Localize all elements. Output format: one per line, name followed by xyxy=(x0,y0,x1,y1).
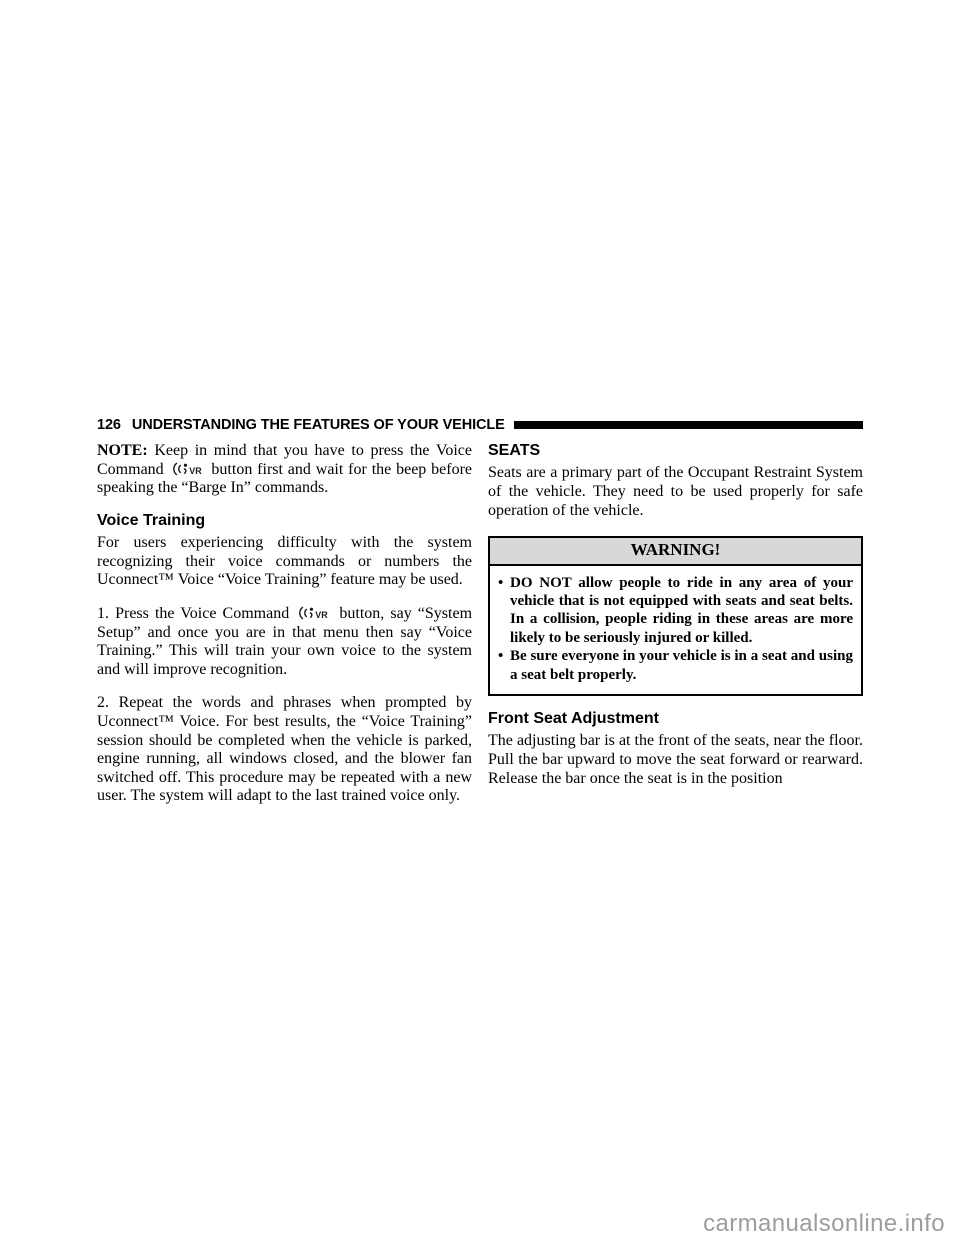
warning-box: WARNING! • DO NOT allow people to ride i… xyxy=(488,536,863,696)
seats-intro: Seats are a primary part of the Occupant… xyxy=(488,464,863,520)
page-number: 126 xyxy=(97,417,121,433)
voice-training-intro: For users experiencing difficulty with t… xyxy=(97,534,472,590)
voice-training-step-1: 1. Press the Voice Command VR button, sa… xyxy=(97,605,472,679)
voice-training-step-2: 2. Repeat the words and phrases when pro… xyxy=(97,694,472,806)
watermark: carmanualsonline.info xyxy=(703,1210,945,1238)
note-paragraph: NOTE: Keep in mind that you have to pres… xyxy=(97,442,472,498)
bullet-marker: • xyxy=(495,574,510,648)
page-content: 126 UNDERSTANDING THE FEATURES OF YOUR V… xyxy=(97,417,863,806)
page-header: 126 UNDERSTANDING THE FEATURES OF YOUR V… xyxy=(97,417,863,433)
voice-command-icon-vr-text: VR xyxy=(316,610,329,620)
note-label: NOTE: xyxy=(97,442,148,459)
two-column-layout: NOTE: Keep in mind that you have to pres… xyxy=(97,442,863,806)
bullet-marker: • xyxy=(495,647,510,684)
warning-title: WARNING! xyxy=(490,538,861,565)
warning-bullet-text: Be sure everyone in your vehicle is in a… xyxy=(510,647,853,684)
seats-heading: SEATS xyxy=(488,442,863,460)
warning-bullet: • Be sure everyone in your vehicle is in… xyxy=(495,647,853,684)
warning-bullet: • DO NOT allow people to ride in any are… xyxy=(495,574,853,648)
voice-command-icon: VR xyxy=(171,461,205,477)
header-title: UNDERSTANDING THE FEATURES OF YOUR VEHIC… xyxy=(132,417,505,433)
step1-text-before-icon: 1. Press the Voice Command xyxy=(97,605,289,622)
warning-body: • DO NOT allow people to ride in any are… xyxy=(490,566,861,694)
front-seat-adjustment-heading: Front Seat Adjustment xyxy=(488,710,863,728)
voice-command-icon-vr-text: VR xyxy=(189,466,202,476)
manual-page: 126 UNDERSTANDING THE FEATURES OF YOUR V… xyxy=(0,0,960,1242)
right-column: SEATS Seats are a primary part of the Oc… xyxy=(488,442,863,806)
front-seat-adjustment-paragraph: The adjusting bar is at the front of the… xyxy=(488,732,863,788)
header-rule-bar xyxy=(514,421,863,429)
voice-command-icon: VR xyxy=(297,605,331,621)
left-column: NOTE: Keep in mind that you have to pres… xyxy=(97,442,472,806)
warning-bullet-text: DO NOT allow people to ride in any area … xyxy=(510,574,853,648)
voice-training-heading: Voice Training xyxy=(97,512,472,530)
